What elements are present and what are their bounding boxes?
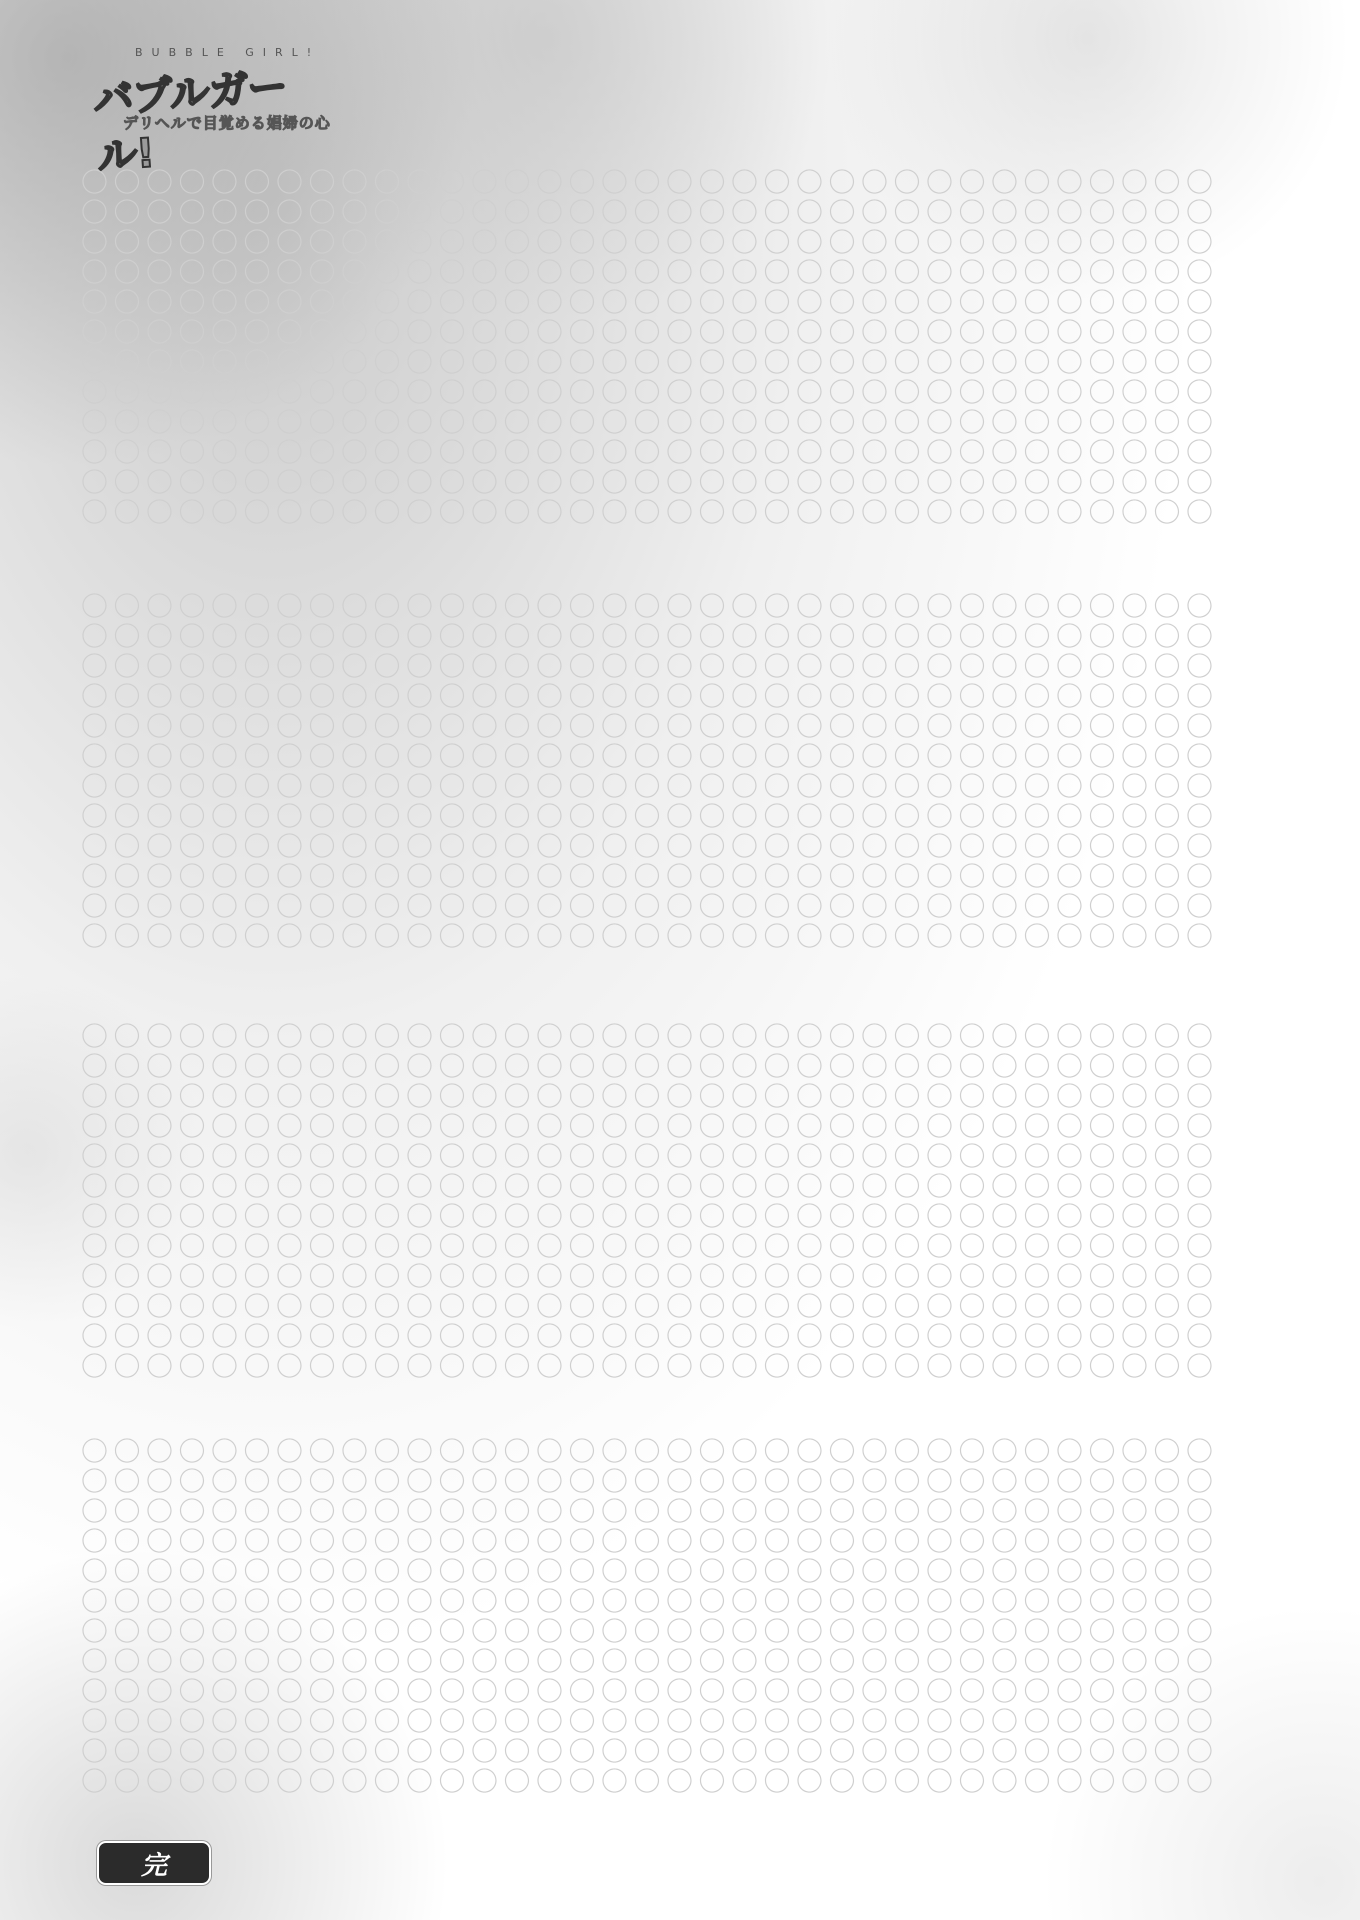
text-column: 〇〇〇〇〇〇〇〇〇〇〇〇 bbox=[1147, 168, 1180, 548]
text-column: 〇〇〇〇〇〇〇〇〇〇〇〇 bbox=[790, 168, 823, 548]
text-column: 〇〇〇〇〇〇〇〇〇〇〇〇 bbox=[1050, 1022, 1083, 1397]
text-column: 〇〇〇〇〇〇〇〇〇〇〇〇 bbox=[205, 1022, 238, 1397]
text-column: 〇〇〇〇〇〇〇〇〇〇〇〇 bbox=[205, 1437, 238, 1817]
text-column: 〇〇〇〇〇〇〇〇〇〇〇〇 bbox=[302, 1437, 335, 1817]
text-column: 〇〇〇〇〇〇〇〇〇〇〇〇 bbox=[855, 592, 888, 987]
text-column: 〇〇〇〇〇〇〇〇〇〇〇〇 bbox=[855, 1022, 888, 1397]
text-column: 〇〇〇〇〇〇〇〇〇〇〇〇 bbox=[270, 168, 303, 548]
text-column: 〇〇〇〇〇〇〇〇〇〇〇〇 bbox=[757, 1022, 790, 1397]
text-column: 〇〇〇〇〇〇〇〇〇〇〇〇 bbox=[985, 168, 1018, 548]
text-column: 〇〇〇〇〇〇〇〇〇〇〇〇 bbox=[627, 592, 660, 987]
text-column: 〇〇〇〇〇〇〇〇〇〇〇〇 bbox=[530, 168, 563, 548]
text-column: 〇〇〇〇〇〇〇〇〇〇〇〇 bbox=[855, 168, 888, 548]
text-column: 〇〇〇〇〇〇〇〇〇〇〇〇 bbox=[302, 1022, 335, 1397]
text-column: 〇〇〇〇〇〇〇〇〇〇〇〇 bbox=[432, 1437, 465, 1817]
text-column: 〇〇〇〇〇〇〇〇〇〇〇〇 bbox=[400, 1022, 433, 1397]
text-column: 〇〇〇〇〇〇〇〇〇〇〇〇 bbox=[270, 1437, 303, 1817]
text-column: 〇〇〇〇〇〇〇〇〇〇〇〇 bbox=[562, 168, 595, 548]
text-column: 〇〇〇〇〇〇〇〇〇〇〇〇 bbox=[1082, 1022, 1115, 1397]
text-column: 〇〇〇〇〇〇〇〇〇〇〇〇 bbox=[660, 1022, 693, 1397]
text-column: 〇〇〇〇〇〇〇〇〇〇〇〇 bbox=[530, 1022, 563, 1397]
text-column: 〇〇〇〇〇〇〇〇〇〇〇〇 bbox=[270, 592, 303, 987]
text-column: 〇〇〇〇〇〇〇〇〇〇〇〇 bbox=[562, 592, 595, 987]
text-column: 〇〇〇〇〇〇〇〇〇〇〇〇 bbox=[1115, 592, 1148, 987]
text-column: 〇〇〇〇〇〇〇〇〇〇〇〇 bbox=[140, 168, 173, 548]
text-column: 〇〇〇〇〇〇〇〇〇〇〇〇 bbox=[367, 1437, 400, 1817]
text-column: 〇〇〇〇〇〇〇〇〇〇〇〇 bbox=[920, 168, 953, 548]
text-column: 〇〇〇〇〇〇〇〇〇〇〇〇 bbox=[75, 1022, 108, 1397]
text-column: 〇〇〇〇〇〇〇〇〇〇〇〇 bbox=[107, 1022, 140, 1397]
text-column: 〇〇〇〇〇〇〇〇〇〇〇〇 bbox=[952, 592, 985, 987]
text-tier-2: 〇〇〇〇〇〇〇〇〇〇〇〇〇〇〇〇〇〇〇〇〇〇〇〇〇〇〇〇〇〇〇〇〇〇〇〇〇〇〇〇… bbox=[82, 592, 1212, 987]
text-column: 〇〇〇〇〇〇〇〇〇〇〇〇 bbox=[237, 592, 270, 987]
text-column: 〇〇〇〇〇〇〇〇〇〇〇〇 bbox=[1115, 1437, 1148, 1817]
text-column: 〇〇〇〇〇〇〇〇〇〇〇〇 bbox=[432, 592, 465, 987]
text-column: 〇〇〇〇〇〇〇〇〇〇〇〇 bbox=[757, 1437, 790, 1817]
text-column: 〇〇〇〇〇〇〇〇〇〇〇〇 bbox=[920, 1437, 953, 1817]
text-column: 〇〇〇〇〇〇〇〇〇〇〇〇 bbox=[855, 1437, 888, 1817]
text-column: 〇〇〇〇〇〇〇〇〇〇〇〇 bbox=[1017, 592, 1050, 987]
text-column: 〇〇〇〇〇〇〇〇〇〇〇〇 bbox=[140, 1022, 173, 1397]
text-column: 〇〇〇〇〇〇〇〇〇〇〇〇 bbox=[1147, 1437, 1180, 1817]
text-column: 〇〇〇〇〇〇〇〇〇〇〇〇 bbox=[952, 1022, 985, 1397]
text-column: 〇〇〇〇〇〇〇〇〇〇〇〇 bbox=[1050, 1437, 1083, 1817]
text-column: 〇〇〇〇〇〇〇〇〇〇〇〇 bbox=[887, 592, 920, 987]
text-column: 〇〇〇〇〇〇〇〇〇〇〇〇 bbox=[595, 1022, 628, 1397]
text-column: 〇〇〇〇〇〇〇〇〇〇〇〇 bbox=[887, 1437, 920, 1817]
text-column: 〇〇〇〇〇〇〇〇〇〇〇〇 bbox=[465, 1022, 498, 1397]
text-column: 〇〇〇〇〇〇〇〇〇〇〇〇 bbox=[205, 592, 238, 987]
text-column: 〇〇〇〇〇〇〇〇〇〇〇〇 bbox=[465, 1437, 498, 1817]
text-column: 〇〇〇〇〇〇〇〇〇〇〇〇 bbox=[660, 592, 693, 987]
text-column: 〇〇〇〇〇〇〇〇〇〇〇〇 bbox=[367, 1022, 400, 1397]
text-column: 〇〇〇〇〇〇〇〇〇〇〇〇 bbox=[822, 168, 855, 548]
text-column: 〇〇〇〇〇〇〇〇〇〇〇〇 bbox=[627, 168, 660, 548]
text-column: 〇〇〇〇〇〇〇〇〇〇〇〇 bbox=[1082, 592, 1115, 987]
text-column: 〇〇〇〇〇〇〇〇〇〇〇〇 bbox=[822, 1022, 855, 1397]
text-column: 〇〇〇〇〇〇〇〇〇〇〇〇 bbox=[497, 1437, 530, 1817]
text-tier-3: 〇〇〇〇〇〇〇〇〇〇〇〇〇〇〇〇〇〇〇〇〇〇〇〇〇〇〇〇〇〇〇〇〇〇〇〇〇〇〇〇… bbox=[82, 1022, 1212, 1397]
text-column: 〇〇〇〇〇〇〇〇〇〇〇〇 bbox=[985, 1437, 1018, 1817]
text-column: 〇〇〇〇〇〇〇〇〇〇〇〇 bbox=[400, 168, 433, 548]
text-column: 〇〇〇〇〇〇〇〇〇〇〇〇 bbox=[595, 1437, 628, 1817]
text-column: 〇〇〇〇〇〇〇〇〇〇〇〇 bbox=[335, 1022, 368, 1397]
text-column: 〇〇〇〇〇〇〇〇〇〇〇〇 bbox=[562, 1437, 595, 1817]
text-column: 〇〇〇〇〇〇〇〇〇〇〇〇 bbox=[302, 592, 335, 987]
text-column: 〇〇〇〇〇〇〇〇〇〇〇〇 bbox=[530, 1437, 563, 1817]
text-column: 〇〇〇〇〇〇〇〇〇〇〇〇 bbox=[920, 592, 953, 987]
text-column: 〇〇〇〇〇〇〇〇〇〇〇〇 bbox=[367, 168, 400, 548]
text-column: 〇〇〇〇〇〇〇〇〇〇〇〇 bbox=[562, 1022, 595, 1397]
text-column: 〇〇〇〇〇〇〇〇〇〇〇〇 bbox=[692, 1437, 725, 1817]
text-column: 〇〇〇〇〇〇〇〇〇〇〇〇 bbox=[1115, 1022, 1148, 1397]
text-column: 〇〇〇〇〇〇〇〇〇〇〇〇 bbox=[270, 1022, 303, 1397]
text-column: 〇〇〇〇〇〇〇〇〇〇〇〇 bbox=[692, 168, 725, 548]
text-column: 〇〇〇〇〇〇〇〇〇〇〇〇 bbox=[432, 168, 465, 548]
text-column: 〇〇〇〇〇〇〇〇〇〇〇〇 bbox=[335, 168, 368, 548]
text-column: 〇〇〇〇〇〇〇〇〇〇〇〇 bbox=[725, 168, 758, 548]
text-column: 〇〇〇〇〇〇〇〇〇〇〇〇 bbox=[465, 168, 498, 548]
text-column: 〇〇〇〇〇〇〇〇〇〇〇〇 bbox=[497, 592, 530, 987]
text-column: 〇〇〇〇〇〇〇〇〇〇〇〇 bbox=[1082, 168, 1115, 548]
text-column: 〇〇〇〇〇〇〇〇〇〇〇〇 bbox=[75, 1437, 108, 1817]
text-column: 〇〇〇〇〇〇〇〇〇〇〇〇 bbox=[75, 592, 108, 987]
text-column: 〇〇〇〇〇〇〇〇〇〇〇〇 bbox=[952, 168, 985, 548]
text-column: 〇〇〇〇〇〇〇〇〇〇〇〇 bbox=[985, 592, 1018, 987]
text-column: 〇〇〇〇〇〇〇〇〇〇〇〇 bbox=[205, 168, 238, 548]
text-column: 〇〇〇〇〇〇〇〇〇〇〇〇 bbox=[172, 592, 205, 987]
text-column: 〇〇〇〇〇〇〇〇〇〇〇〇 bbox=[692, 1022, 725, 1397]
text-column: 〇〇〇〇〇〇〇〇〇〇〇〇 bbox=[1180, 1022, 1213, 1397]
text-column: 〇〇〇〇〇〇〇〇〇〇〇〇 bbox=[1050, 168, 1083, 548]
text-column: 〇〇〇〇〇〇〇〇〇〇〇〇 bbox=[237, 168, 270, 548]
text-column: 〇〇〇〇〇〇〇〇〇〇〇〇 bbox=[757, 592, 790, 987]
text-column: 〇〇〇〇〇〇〇〇〇〇〇〇 bbox=[1050, 592, 1083, 987]
text-column: 〇〇〇〇〇〇〇〇〇〇〇〇 bbox=[140, 1437, 173, 1817]
text-column: 〇〇〇〇〇〇〇〇〇〇〇〇 bbox=[432, 1022, 465, 1397]
text-column: 〇〇〇〇〇〇〇〇〇〇〇〇 bbox=[497, 1022, 530, 1397]
text-column: 〇〇〇〇〇〇〇〇〇〇〇〇 bbox=[887, 168, 920, 548]
text-column: 〇〇〇〇〇〇〇〇〇〇〇〇 bbox=[465, 592, 498, 987]
text-column: 〇〇〇〇〇〇〇〇〇〇〇〇 bbox=[107, 1437, 140, 1817]
text-column: 〇〇〇〇〇〇〇〇〇〇〇〇 bbox=[660, 1437, 693, 1817]
text-column: 〇〇〇〇〇〇〇〇〇〇〇〇 bbox=[107, 168, 140, 548]
text-column: 〇〇〇〇〇〇〇〇〇〇〇〇 bbox=[140, 592, 173, 987]
text-column: 〇〇〇〇〇〇〇〇〇〇〇〇 bbox=[302, 168, 335, 548]
text-column: 〇〇〇〇〇〇〇〇〇〇〇〇 bbox=[822, 1437, 855, 1817]
text-column: 〇〇〇〇〇〇〇〇〇〇〇〇 bbox=[530, 592, 563, 987]
text-column: 〇〇〇〇〇〇〇〇〇〇〇〇 bbox=[725, 592, 758, 987]
text-column: 〇〇〇〇〇〇〇〇〇〇〇〇 bbox=[822, 592, 855, 987]
text-column: 〇〇〇〇〇〇〇〇〇〇〇〇 bbox=[887, 1022, 920, 1397]
text-column: 〇〇〇〇〇〇〇〇〇〇〇〇 bbox=[172, 168, 205, 548]
text-column: 〇〇〇〇〇〇〇〇〇〇〇〇 bbox=[367, 592, 400, 987]
text-column: 〇〇〇〇〇〇〇〇〇〇〇〇 bbox=[920, 1022, 953, 1397]
end-label: 完 bbox=[141, 1845, 167, 1882]
text-column: 〇〇〇〇〇〇〇〇〇〇〇〇 bbox=[952, 1437, 985, 1817]
text-column: 〇〇〇〇〇〇〇〇〇〇〇〇 bbox=[627, 1022, 660, 1397]
text-column: 〇〇〇〇〇〇〇〇〇〇〇〇 bbox=[1017, 1022, 1050, 1397]
text-column: 〇〇〇〇〇〇〇〇〇〇〇〇 bbox=[660, 168, 693, 548]
text-column: 〇〇〇〇〇〇〇〇〇〇〇〇 bbox=[1180, 592, 1213, 987]
text-column: 〇〇〇〇〇〇〇〇〇〇〇〇 bbox=[1082, 1437, 1115, 1817]
text-column: 〇〇〇〇〇〇〇〇〇〇〇〇 bbox=[497, 168, 530, 548]
text-column: 〇〇〇〇〇〇〇〇〇〇〇〇 bbox=[237, 1437, 270, 1817]
text-column: 〇〇〇〇〇〇〇〇〇〇〇〇 bbox=[172, 1437, 205, 1817]
text-column: 〇〇〇〇〇〇〇〇〇〇〇〇 bbox=[985, 1022, 1018, 1397]
text-column: 〇〇〇〇〇〇〇〇〇〇〇〇 bbox=[107, 592, 140, 987]
text-column: 〇〇〇〇〇〇〇〇〇〇〇〇 bbox=[692, 592, 725, 987]
series-logo: BUBBLE GIRL! バブルガール! デリヘルで目覚める娼婦の心 bbox=[95, 38, 335, 138]
text-tier-1: 〇〇〇〇〇〇〇〇〇〇〇〇〇〇〇〇〇〇〇〇〇〇〇〇〇〇〇〇〇〇〇〇〇〇〇〇〇〇〇〇… bbox=[82, 168, 1212, 548]
text-column: 〇〇〇〇〇〇〇〇〇〇〇〇 bbox=[595, 168, 628, 548]
text-column: 〇〇〇〇〇〇〇〇〇〇〇〇 bbox=[1017, 1437, 1050, 1817]
text-column: 〇〇〇〇〇〇〇〇〇〇〇〇 bbox=[1180, 168, 1213, 548]
text-column: 〇〇〇〇〇〇〇〇〇〇〇〇 bbox=[627, 1437, 660, 1817]
text-column: 〇〇〇〇〇〇〇〇〇〇〇〇 bbox=[1147, 592, 1180, 987]
text-column: 〇〇〇〇〇〇〇〇〇〇〇〇 bbox=[335, 592, 368, 987]
text-column: 〇〇〇〇〇〇〇〇〇〇〇〇 bbox=[1147, 1022, 1180, 1397]
text-column: 〇〇〇〇〇〇〇〇〇〇〇〇 bbox=[725, 1437, 758, 1817]
text-column: 〇〇〇〇〇〇〇〇〇〇〇〇 bbox=[595, 592, 628, 987]
text-column: 〇〇〇〇〇〇〇〇〇〇〇〇 bbox=[1017, 168, 1050, 548]
logo-subtitle: デリヘルで目覚める娼婦の心 bbox=[123, 112, 331, 133]
text-column: 〇〇〇〇〇〇〇〇〇〇〇〇 bbox=[790, 1437, 823, 1817]
text-column: 〇〇〇〇〇〇〇〇〇〇〇〇 bbox=[757, 168, 790, 548]
text-column: 〇〇〇〇〇〇〇〇〇〇〇〇 bbox=[400, 592, 433, 987]
text-column: 〇〇〇〇〇〇〇〇〇〇〇〇 bbox=[237, 1022, 270, 1397]
text-column: 〇〇〇〇〇〇〇〇〇〇〇〇 bbox=[172, 1022, 205, 1397]
end-badge: 完 bbox=[97, 1841, 211, 1885]
text-column: 〇〇〇〇〇〇〇〇〇〇〇〇 bbox=[1180, 1437, 1213, 1817]
text-column: 〇〇〇〇〇〇〇〇〇〇〇〇 bbox=[725, 1022, 758, 1397]
text-column: 〇〇〇〇〇〇〇〇〇〇〇〇 bbox=[335, 1437, 368, 1817]
text-column: 〇〇〇〇〇〇〇〇〇〇〇〇 bbox=[400, 1437, 433, 1817]
text-column: 〇〇〇〇〇〇〇〇〇〇〇〇 bbox=[1115, 168, 1148, 548]
text-column: 〇〇〇〇〇〇〇〇〇〇〇〇 bbox=[790, 592, 823, 987]
text-column: 〇〇〇〇〇〇〇〇〇〇〇〇 bbox=[75, 168, 108, 548]
text-column: 〇〇〇〇〇〇〇〇〇〇〇〇 bbox=[790, 1022, 823, 1397]
text-tier-4: 〇〇〇〇〇〇〇〇〇〇〇〇〇〇〇〇〇〇〇〇〇〇〇〇〇〇〇〇〇〇〇〇〇〇〇〇〇〇〇〇… bbox=[82, 1437, 1212, 1817]
